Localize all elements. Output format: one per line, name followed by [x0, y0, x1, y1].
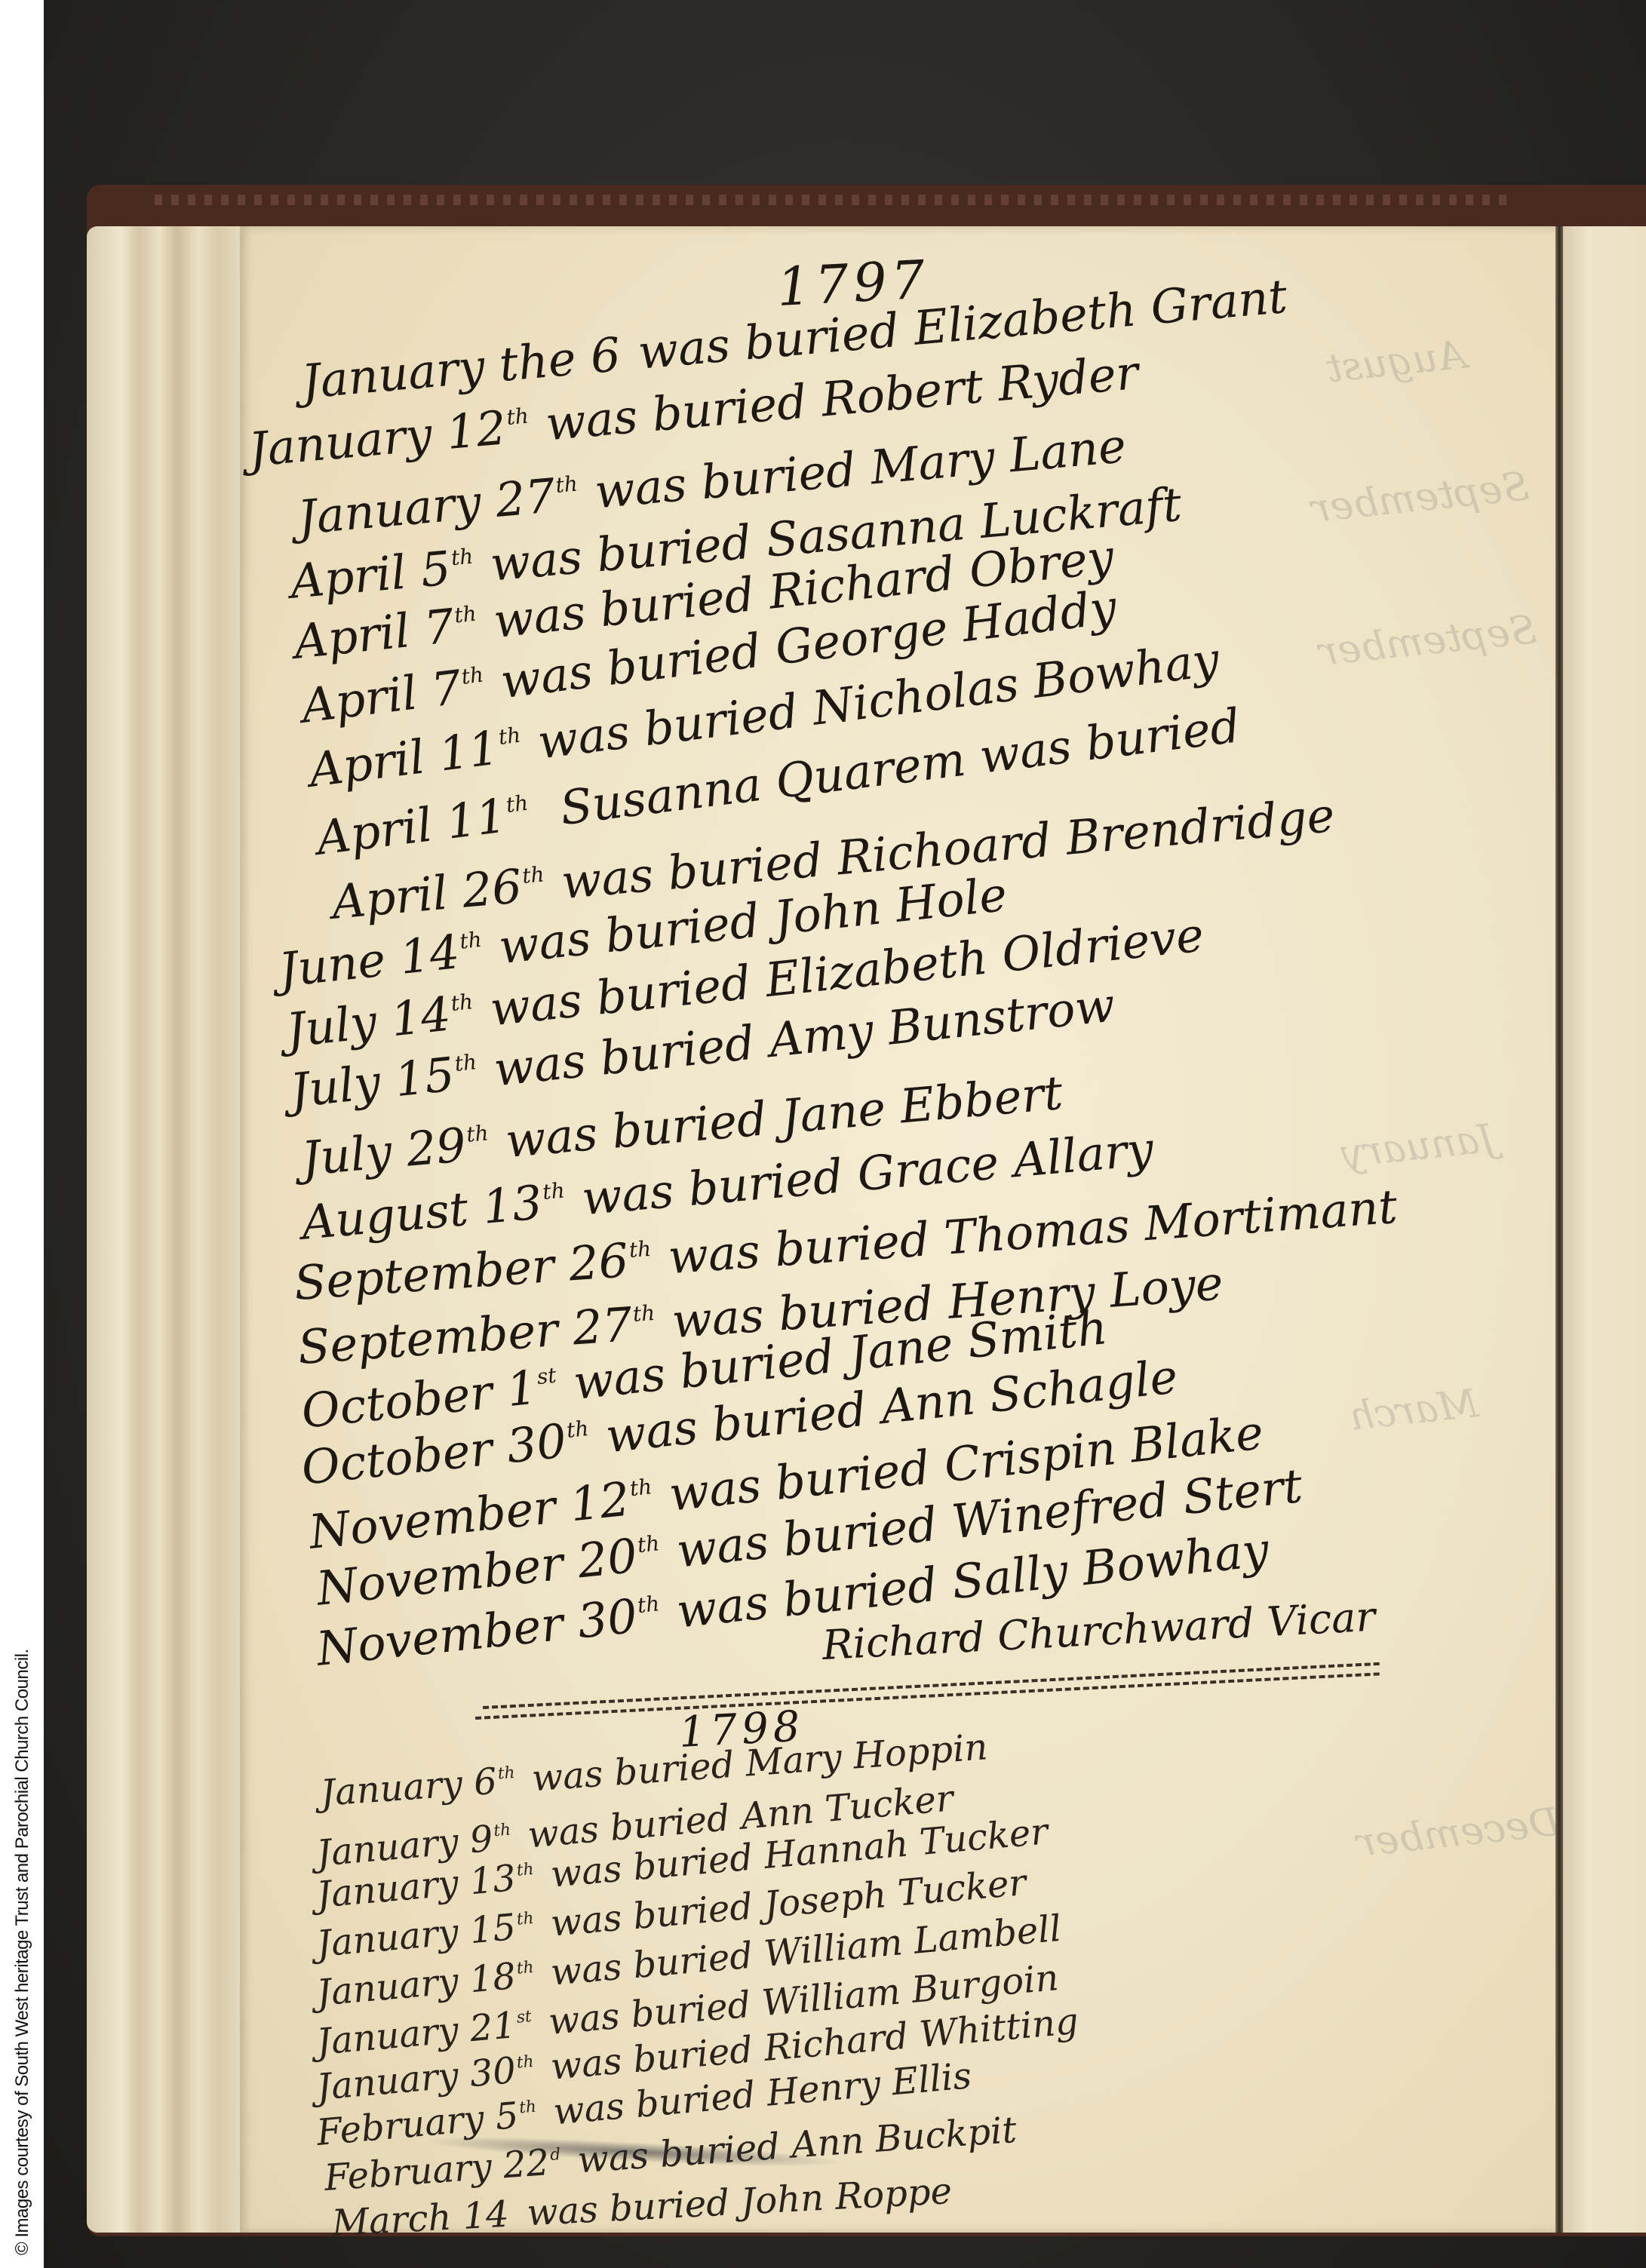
entry-day-suffix: st	[536, 1362, 557, 1389]
entry-day: 13	[481, 1174, 545, 1235]
entry-day: 26	[567, 1232, 631, 1291]
entry-day-suffix: th	[542, 1177, 566, 1204]
entry-day: 21	[468, 2004, 517, 2050]
entry-day-suffix: th	[450, 544, 474, 570]
entry-day-suffix: th	[554, 471, 579, 497]
entry-day: 18	[468, 1955, 517, 2001]
entry-day-suffix: th	[518, 2097, 537, 2117]
entry-month: July	[287, 1054, 383, 1119]
entry-day-suffix: th	[632, 1300, 656, 1327]
entry-day: 5	[419, 541, 453, 598]
entry-day-suffix: th	[636, 1530, 660, 1558]
entry-day-suffix: th	[505, 403, 530, 429]
entry-day: 5	[493, 2095, 520, 2138]
entry-day: 20	[575, 1528, 640, 1589]
entry-day: 15	[392, 1046, 457, 1107]
entry-day: 12	[567, 1472, 632, 1533]
entry-day-suffix: th	[516, 1908, 535, 1929]
entry-day-suffix	[509, 2197, 510, 2216]
entry-day: 30	[504, 1413, 569, 1474]
entry-day-suffix: th	[516, 1957, 535, 1978]
entry-month: March	[331, 2196, 453, 2245]
entry-day: 27	[571, 1297, 634, 1355]
bleed-through-text: September	[1317, 607, 1539, 675]
entry-day-suffix: th	[453, 1049, 478, 1076]
entry-day: 12	[444, 400, 508, 460]
entry-day-suffix: th	[516, 1859, 535, 1880]
entry-day: 13	[468, 1857, 517, 1903]
entry-month: April	[288, 545, 409, 609]
bleed-through-text: January	[1339, 1116, 1497, 1177]
entry-day-suffix: th	[636, 1591, 660, 1618]
entry-day: 30	[575, 1588, 640, 1650]
entry-month: June	[276, 931, 388, 997]
entry-month: April	[330, 865, 450, 930]
entry-day-suffix: th	[460, 661, 485, 689]
entry-day: 11	[444, 788, 509, 850]
entry-day: 30	[468, 2049, 517, 2095]
entry-day: 14	[397, 924, 462, 985]
facing-page-edge	[1563, 226, 1646, 2233]
page-edges	[87, 226, 260, 2233]
bleed-through-text: August	[1324, 332, 1468, 391]
bleed-through-text: December	[1355, 1800, 1562, 1866]
entry-day-suffix: th	[459, 927, 483, 954]
entry-day-suffix: th	[521, 861, 545, 888]
entry-day-suffix: th	[453, 601, 478, 628]
entry-day: 26	[460, 858, 524, 919]
entry-day: 7	[428, 659, 465, 717]
entry-day: 6	[472, 1760, 498, 1804]
credit-strip: © Images courtesy of South West heritage…	[0, 0, 44, 2268]
entry-day: 14	[462, 2193, 510, 2238]
entry-day: 9	[468, 1818, 494, 1861]
entry-day-suffix: th	[493, 1820, 511, 1840]
entry-day: 11	[436, 720, 502, 782]
entry-day-suffix: th	[465, 1120, 490, 1146]
entry-day-suffix: th	[628, 1474, 653, 1501]
entry-day: 29	[404, 1117, 468, 1177]
entry-day-suffix: th	[628, 1236, 652, 1263]
entry-day-suffix: st	[516, 2007, 533, 2027]
book-gutter	[1555, 226, 1563, 2233]
entry-day: the 6	[497, 327, 622, 392]
entry-month: July	[299, 1124, 395, 1186]
entry-day-suffix: th	[450, 989, 474, 1016]
entry-day: 7	[422, 598, 457, 656]
entry-day-suffix: th	[497, 723, 522, 750]
entry-day-suffix: th	[497, 1763, 515, 1784]
copyright-notice: © Images courtesy of South West heritage…	[12, 1649, 33, 2255]
entry-day-suffix: th	[565, 1416, 589, 1443]
entry-day-suffix: th	[516, 2052, 535, 2072]
entry-verb	[542, 783, 549, 837]
entry-day: 15	[468, 1906, 517, 1952]
bleed-through-text: March	[1347, 1381, 1480, 1440]
cover-tooling-decoration	[155, 195, 1512, 205]
entry-day-suffix: th	[505, 790, 530, 818]
entry-month: July	[284, 994, 379, 1058]
entry-day: 1	[504, 1359, 539, 1417]
entry-day: 14	[388, 986, 453, 1047]
entry-day: 27	[493, 468, 557, 528]
bleed-through-text: September	[1310, 464, 1531, 532]
